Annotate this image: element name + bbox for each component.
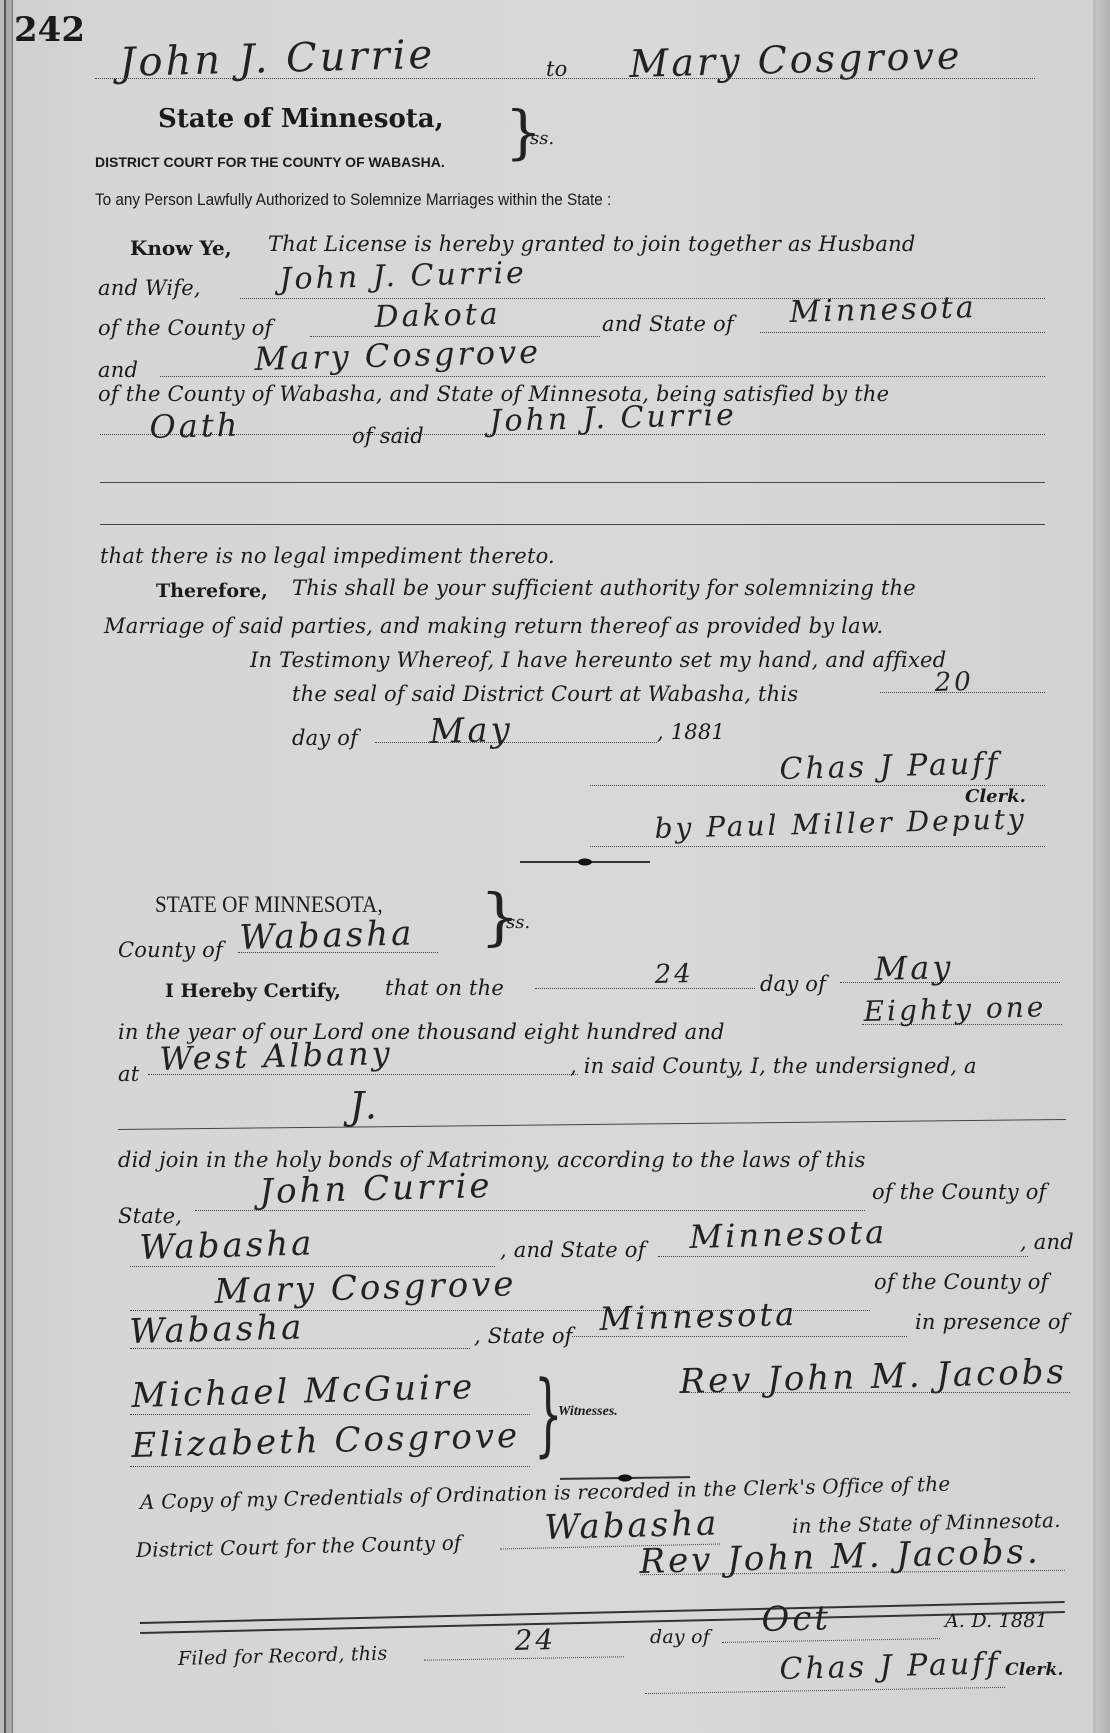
certificate-line5-suffix: of the County of — [872, 1180, 1047, 1204]
license-line12-prefix: day of — [292, 726, 358, 750]
certificate-line6-mid: , and State of — [500, 1238, 646, 1262]
license-line8: This shall be your sufficient authority … — [292, 576, 916, 600]
license-line11: the seal of said District Court at Wabas… — [292, 682, 798, 706]
binding-edge — [4, 0, 13, 1733]
license-court-line: DISTRICT COURT FOR THE COUNTY OF WABASHA… — [95, 154, 445, 170]
license-line7: that there is no legal impediment theret… — [100, 544, 555, 568]
certificate-line7-suffix: of the County of — [874, 1270, 1049, 1294]
certificate-month: May — [874, 948, 954, 988]
filing-ad-year: A. D. 1881 — [945, 1610, 1048, 1632]
deputy-sign-rule — [590, 846, 1045, 847]
header-rule — [95, 78, 1035, 79]
filing-day: 24 — [514, 1623, 556, 1657]
clerk-signature: Chas J Pauff — [779, 746, 1001, 787]
license-line3-prefix: of the County of — [98, 316, 273, 340]
certificate-ss: ss. — [506, 912, 530, 933]
husband-state-rule — [760, 332, 1045, 333]
certificate-county: Wabasha — [239, 913, 415, 958]
license-address-line: To any Person Lawfully Authorized to Sol… — [95, 190, 611, 210]
certificate-state-title: STATE OF MINNESOTA, — [155, 892, 383, 918]
certificate-day: 24 — [654, 959, 694, 990]
license-line4-prefix: and — [98, 358, 138, 382]
license-line9: Marriage of said parties, and making ret… — [104, 614, 883, 638]
husband-state: Minnesota — [789, 290, 977, 330]
blank-rule-2 — [100, 524, 1045, 525]
witnesses-label: Witnesses. — [558, 1404, 618, 1420]
certificate-county-prefix: County of — [118, 938, 223, 962]
certificate-line1-mid: that on the — [385, 976, 504, 1000]
certificate-line3-suffix: , in said County, I, the undersigned, a — [570, 1054, 977, 1078]
witness2-rule — [130, 1466, 530, 1467]
page-number: 242 — [14, 10, 85, 50]
certificate-officiant-mark: J. — [349, 1083, 381, 1128]
certificate-bride: Mary Cosgrove — [214, 1264, 517, 1312]
license-ss: ss. — [530, 128, 554, 149]
certificate-groom-state: Minnesota — [689, 1213, 888, 1256]
divider-ornament — [520, 860, 650, 864]
license-line10: In Testimony Whereof, I have hereunto se… — [250, 648, 946, 672]
certificate-year-words: Eighty one — [863, 990, 1047, 1028]
issue-month-rule — [375, 742, 657, 743]
cert-groom-state-rule — [658, 1256, 1028, 1257]
certificate-groom: John Currie — [259, 1166, 493, 1212]
filing-clerk-signature: Chas J Pauff — [779, 1646, 1001, 1687]
husband-county: Dakota — [374, 297, 501, 335]
cert-day-rule — [535, 988, 755, 989]
certificate-line3-prefix: at — [118, 1062, 139, 1086]
issue-year: , 1881 — [657, 720, 725, 744]
filing-day-of: day of — [650, 1626, 710, 1648]
blank-rule-1 — [100, 482, 1045, 483]
certificate-line5-prefix: State, — [118, 1204, 182, 1228]
license-line3-mid: and State of — [602, 312, 734, 336]
filing-month: Oct — [761, 1598, 832, 1640]
page-edge-right — [1096, 0, 1110, 1733]
issue-month: May — [429, 710, 513, 752]
certificate-groom-county: Wabasha — [139, 1223, 315, 1268]
license-line5: of the County of Wabasha, and State of M… — [98, 382, 889, 406]
oath-word: Oath — [149, 406, 241, 446]
certificate-line1-day-of: day of — [760, 972, 826, 996]
certificate-bride-state: Minnesota — [599, 1295, 798, 1338]
certificate-line6-suffix: , and — [1020, 1230, 1074, 1254]
know-ye: Know Ye, — [130, 236, 232, 260]
certificate-place: West Albany — [159, 1034, 393, 1078]
license-state-title: State of Minnesota, — [158, 104, 444, 134]
certificate-bride-county: Wabasha — [129, 1307, 305, 1352]
license-line2-prefix: and Wife, — [98, 276, 201, 300]
certificate-line8-suffix: in presence of — [915, 1310, 1069, 1334]
issue-day: 20 — [934, 667, 974, 698]
wife-name: Mary Cosgrove — [254, 333, 542, 378]
therefore: Therefore, — [156, 580, 268, 602]
license-line1: That License is hereby granted to join t… — [268, 232, 916, 256]
certificate-line8-mid: , State of — [474, 1324, 573, 1348]
oath-of-name: John J. Currie — [489, 398, 737, 439]
husband-name: John J. Currie — [279, 256, 527, 297]
license-line6-mid: of said — [352, 424, 424, 448]
i-hereby-certify: I Hereby Certify, — [165, 980, 341, 1002]
filing-clerk-label: Clerk. — [1005, 1660, 1064, 1680]
